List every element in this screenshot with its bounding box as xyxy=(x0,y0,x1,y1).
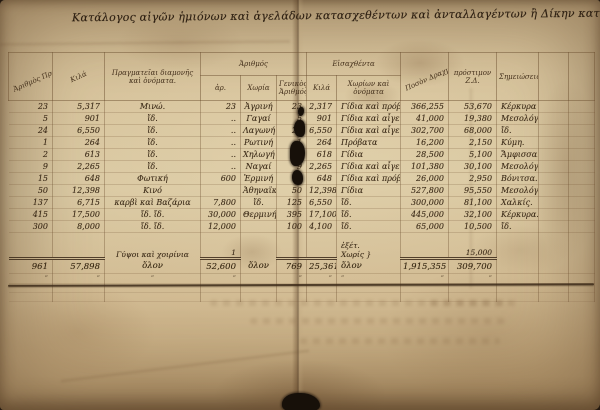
table-cell: 415 xyxy=(9,209,53,221)
col-subheader-chorion-onomata: Χωρίων καὶ ὀνόματα xyxy=(337,76,401,101)
table-cell: ἴδ. ἴδ. xyxy=(105,209,201,221)
table-cell: 12,000 xyxy=(201,221,241,233)
table-cell xyxy=(569,137,595,149)
table-cell: 2,265 xyxy=(53,161,105,173)
table-cell xyxy=(569,233,595,259)
table-cell xyxy=(569,161,595,173)
table-cell xyxy=(539,274,569,284)
table-cell: 395 xyxy=(277,209,307,221)
table-cell: Ἑρμινή xyxy=(241,173,277,185)
table-cell xyxy=(539,125,569,137)
table-cell: 101,380 xyxy=(401,161,449,173)
table-cell: ἴδ. xyxy=(337,197,401,209)
table-cell xyxy=(569,113,595,125)
table-cell: 17,100 xyxy=(307,209,337,221)
table-cell: ἴδ. xyxy=(105,113,201,125)
table-cell: ἴδ. xyxy=(105,125,201,137)
table-cell: ἐξέτ.Χωρίς } xyxy=(337,233,401,259)
table-cell: 17,500 xyxy=(53,209,105,221)
table-cell: Κινό xyxy=(105,185,201,197)
table-cell xyxy=(569,101,595,113)
col-subheader-genikos-arithmos: Γενικὸς Ἀριθμός xyxy=(277,76,307,101)
table-cell: Γίδια καὶ αἶγες xyxy=(337,161,401,173)
col-header-poson-drachmon: Ποσὸν Δραχμῶν xyxy=(401,53,449,101)
table-cell xyxy=(569,221,595,233)
table-cell xyxy=(539,113,569,125)
table-cell: Φωτική xyxy=(105,173,201,185)
table-cell xyxy=(9,233,53,259)
table-cell: Ρωτινή xyxy=(241,137,277,149)
table-cell: .. xyxy=(201,161,241,173)
table-cell: 618 xyxy=(307,149,337,161)
table-cell xyxy=(497,259,539,274)
table-cell: 769 xyxy=(277,259,307,274)
table-cell xyxy=(569,293,595,302)
table-cell: 264 xyxy=(53,137,105,149)
table-cell: 100 xyxy=(277,221,307,233)
table-cell xyxy=(539,221,569,233)
table-cell: 2,317 xyxy=(307,101,337,113)
table-cell: 26,000 xyxy=(401,173,449,185)
table-cell: 2,950 xyxy=(449,173,497,185)
table-cell: Βόνιτσα. xyxy=(497,173,539,185)
table-cell: ʺ xyxy=(201,274,241,284)
table-cell: 12,398 xyxy=(307,185,337,197)
table-cell: ἴδ. xyxy=(337,221,401,233)
col-header-kila: Κιλά xyxy=(53,53,105,101)
table-cell: 125 xyxy=(277,197,307,209)
table-cell xyxy=(569,274,595,284)
table-cell: 445,000 xyxy=(401,209,449,221)
table-cell: 648 xyxy=(53,173,105,185)
table-cell: ἴδ. xyxy=(105,137,201,149)
table-cell: ʺ xyxy=(9,274,53,284)
table-cell xyxy=(539,185,569,197)
table-cell: ἴδ. xyxy=(105,161,201,173)
table-cell: 302,700 xyxy=(401,125,449,137)
table-cell: 6,550 xyxy=(307,197,337,209)
table-cell xyxy=(497,274,539,284)
table-cell: .. xyxy=(201,137,241,149)
table-cell xyxy=(53,293,105,302)
table-cell xyxy=(539,209,569,221)
ink-bleedthrough xyxy=(430,300,520,306)
table-cell: 7,800 xyxy=(201,197,241,209)
table-cell: Γίδια xyxy=(337,185,401,197)
table-cell xyxy=(201,185,241,197)
table-cell: 24 xyxy=(9,125,53,137)
table-cell xyxy=(569,149,595,161)
table-cell: 28,500 xyxy=(401,149,449,161)
table-cell: 30,000 xyxy=(201,209,241,221)
table-cell xyxy=(569,185,595,197)
table-cell xyxy=(53,233,105,259)
col-subheader-ar: ἀρ. xyxy=(201,76,241,101)
table-cell: 901 xyxy=(307,113,337,125)
table-cell: 57,898 xyxy=(53,259,105,274)
ink-bleedthrough xyxy=(300,338,500,344)
table-cell: ἴδ. ἴδ. xyxy=(105,221,201,233)
table-cell xyxy=(277,233,307,259)
table-cell: 12,398 xyxy=(53,185,105,197)
table-cell: 8,000 xyxy=(53,221,105,233)
table-cell: 30,100 xyxy=(449,161,497,173)
table-cell: Χηλωγή xyxy=(241,149,277,161)
col-subheader-kila2: Κιλά xyxy=(307,76,337,101)
table-cell: καρβὶ καὶ Βαζάρια xyxy=(105,197,201,209)
table-cell: 16,200 xyxy=(401,137,449,149)
table-cell: Γαγαί xyxy=(241,113,277,125)
table-cell: 15 xyxy=(9,173,53,185)
table-cell: .. xyxy=(201,113,241,125)
totals-row: 96157,898ὅλον52,600ὅλον76925,361ὅλον1,91… xyxy=(9,259,595,274)
table-cell: 23 xyxy=(9,101,53,113)
table-cell: 19,380 xyxy=(449,113,497,125)
table-cell: 5,100 xyxy=(449,149,497,161)
table-cell: 65,000 xyxy=(401,221,449,233)
table-cell: Κύμη. xyxy=(497,137,539,149)
table-cell xyxy=(569,259,595,274)
table-cell: 32,100 xyxy=(449,209,497,221)
table-cell: 1 xyxy=(201,233,241,259)
table-cell: 264 xyxy=(307,137,337,149)
table-cell: 1,915,355 xyxy=(401,259,449,274)
table-cell: Γίδια xyxy=(337,149,401,161)
table-cell: 2,265 xyxy=(307,161,337,173)
table-cell: ʺ xyxy=(277,274,307,284)
table-cell: ὅλον xyxy=(105,259,201,274)
table-cell: 901 xyxy=(53,113,105,125)
col-header-record-number: Ἀριθμὸς Πράξεων xyxy=(9,53,53,101)
table-cell: ʺ xyxy=(105,274,201,284)
table-cell: 95,550 xyxy=(449,185,497,197)
table-cell: Μεσολόγγι. xyxy=(497,185,539,197)
table-cell: 300,000 xyxy=(401,197,449,209)
table-cell: Γίδια καὶ αἶγες xyxy=(337,125,401,137)
paper-hole xyxy=(292,170,303,185)
ink-bleedthrough xyxy=(250,318,510,324)
table-cell: 4,100 xyxy=(307,221,337,233)
table-cell xyxy=(569,125,595,137)
table-cell: Ἀγρινή xyxy=(241,101,277,113)
table-cell: Γίδια καὶ πρόβ. xyxy=(337,173,401,185)
table-cell: Λαγωνή xyxy=(241,125,277,137)
col-group-arithmos: Ἀριθμός xyxy=(201,53,307,76)
table-cell: ʺ xyxy=(53,274,105,284)
table-cell: 2 xyxy=(9,149,53,161)
table-cell: 2,150 xyxy=(449,137,497,149)
table-cell: 1 xyxy=(9,137,53,149)
table-header: Ἀριθμὸς Πράξεων Κιλά Πραγματεῖαι διαμονῆ… xyxy=(9,53,595,101)
table-cell: Ἀθηναϊκή xyxy=(241,185,277,197)
col-header-empty-2 xyxy=(569,53,595,101)
table-cell: 23 xyxy=(201,101,241,113)
table-cell: 6,550 xyxy=(53,125,105,137)
table-cell: 300 xyxy=(9,221,53,233)
table-cell: 6,715 xyxy=(53,197,105,209)
table-cell: 9 xyxy=(9,161,53,173)
table-cell: 613 xyxy=(53,149,105,161)
table-cell xyxy=(497,233,539,259)
table-cell: Γίδια καὶ αἶγες xyxy=(337,113,401,125)
table-cell: 41,000 xyxy=(401,113,449,125)
table-cell: 6,550 xyxy=(307,125,337,137)
table-cell xyxy=(307,233,337,259)
table-cell: Γίδια καὶ πρόβατα xyxy=(337,101,401,113)
table-cell xyxy=(241,221,277,233)
table-cell: ʺ xyxy=(401,274,449,284)
table-cell xyxy=(539,293,569,302)
table-cell: 81,100 xyxy=(449,197,497,209)
table-cell: Θερμινή xyxy=(241,209,277,221)
table-cell: 600 xyxy=(201,173,241,185)
table-cell xyxy=(539,101,569,113)
table-cell: 25,361 xyxy=(307,259,337,274)
table-cell: Πρόβατα xyxy=(337,137,401,149)
table-cell: ἴδ. xyxy=(105,149,201,161)
col-header-description: Πραγματεῖαι διαμονῆς καὶ ὀνόματα. xyxy=(105,53,201,101)
paper-hole xyxy=(294,120,305,137)
table-cell xyxy=(569,197,595,209)
table-cell: ʺ xyxy=(337,274,401,284)
table-cell: 50 xyxy=(9,185,53,197)
table-cell: Μεσολόγγι. xyxy=(497,113,539,125)
col-header-empty-1 xyxy=(539,53,569,101)
table-cell: Κέρκυρα. xyxy=(497,209,539,221)
table-cell: 53,670 xyxy=(449,101,497,113)
table-cell: Χαλκίς. xyxy=(497,197,539,209)
table-cell: 68,000 xyxy=(449,125,497,137)
table-cell xyxy=(105,293,201,302)
table-cell xyxy=(241,233,277,259)
table-cell: 52,600 xyxy=(201,259,241,274)
table-cell: 50 xyxy=(277,185,307,197)
table-cell: .. xyxy=(201,125,241,137)
col-group-eisachthenta: Εἰσαχθέντα xyxy=(307,53,401,76)
table-cell: 648 xyxy=(307,173,337,185)
table-cell: .. xyxy=(201,149,241,161)
table-cell: 15,000 xyxy=(449,233,497,259)
scanned-page: Κατάλογος αἰγῶν ἡμιόνων καὶ ἀγελάδων κατ… xyxy=(0,0,600,410)
table-cell: ἴδ. xyxy=(241,197,277,209)
table-cell: 137 xyxy=(9,197,53,209)
table-cell: ἴδ. xyxy=(497,125,539,137)
table-cell: 366,255 xyxy=(401,101,449,113)
table-cell: 527,800 xyxy=(401,185,449,197)
table-cell xyxy=(539,259,569,274)
table-cell xyxy=(539,173,569,185)
table-cell: Ἄμφισσα. xyxy=(497,149,539,161)
table-cell xyxy=(569,209,595,221)
table-cell xyxy=(539,233,569,259)
table-cell: 309,700 xyxy=(449,259,497,274)
table-cell: Ναγαί xyxy=(241,161,277,173)
table-cell xyxy=(539,149,569,161)
table-cell: 5,317 xyxy=(53,101,105,113)
col-header-prostimon: πρόστιμον Ζ.Δ. xyxy=(449,53,497,101)
table-cell xyxy=(241,274,277,284)
table-cell: ʺ xyxy=(449,274,497,284)
table-cell xyxy=(539,161,569,173)
table-cell: Κέρκυρα ζ. Γεωργ. xyxy=(497,101,539,113)
table-cell: ὅλον xyxy=(241,259,277,274)
table-cell xyxy=(539,197,569,209)
table-cell xyxy=(9,293,53,302)
table-cell: 5 xyxy=(9,113,53,125)
col-subheader-choria: Χωρία xyxy=(241,76,277,101)
table-cell: Μεσολόγγι. xyxy=(497,161,539,173)
table-cell: ὅλον xyxy=(337,259,401,274)
table-cell: 961 xyxy=(9,259,53,274)
table-cell: ʺ xyxy=(307,274,337,284)
table-cell: ἴδ. xyxy=(497,221,539,233)
table-cell xyxy=(401,233,449,259)
table-cell: Μινώ. xyxy=(105,101,201,113)
table-cell: ἴδ. xyxy=(337,209,401,221)
table-cell xyxy=(539,137,569,149)
col-header-simeioseis: Σημειώσεις xyxy=(497,53,539,101)
table-cell: 10,500 xyxy=(449,221,497,233)
table-cell: Γύψοι καὶ χοιρίνια xyxy=(105,233,201,259)
table-cell xyxy=(569,173,595,185)
